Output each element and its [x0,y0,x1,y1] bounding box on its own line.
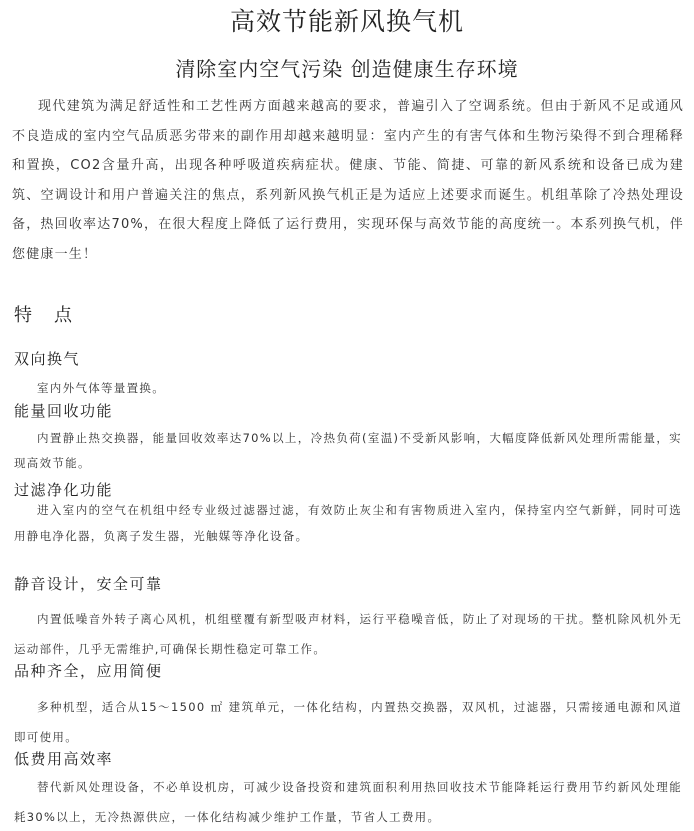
features-heading: 特 点 [14,304,74,328]
feature-title-low-cost: 低费用高效率 [14,748,113,770]
page-title: 高效节能新风换气机 [0,6,694,38]
intro-paragraph: 现代建筑为满足舒适性和工艺性两方面越来越高的要求，普遍引入了空调系统。但由于新风… [12,92,684,269]
feature-text-variety: 多种机型，适合从15～1500 ㎡ 建筑单元，一体化结构，内置热交换器，双风机，… [14,692,682,752]
feature-title-variety: 品种齐全，应用简便 [14,660,163,682]
feature-text-filtration: 进入室内的空气在机组中经专业级过滤器过滤，有效防止灰尘和有害物质进入室内，保持室… [14,497,682,549]
feature-text-silent: 内置低噪音外转子离心风机，机组壁覆有新型吸声材料，运行平稳噪音低，防止了对现场的… [14,604,682,664]
feature-text-energy-recovery: 内置静止热交换器，能量回收效率达70%以上，冷热负荷(室温)不受新风影响，大幅度… [14,426,682,476]
feature-title-two-way: 双向换气 [14,348,80,370]
feature-title-energy-recovery: 能量回收功能 [14,400,113,422]
feature-text-low-cost: 替代新风处理设备，不必单设机房，可减少设备投资和建筑面积利用热回收技术节能降耗运… [14,772,682,831]
feature-text-two-way: 室内外气体等量置换。 [14,377,682,399]
page-subtitle: 清除室内空气污染 创造健康生存环境 [0,55,694,83]
feature-title-silent: 静音设计，安全可靠 [14,573,163,595]
